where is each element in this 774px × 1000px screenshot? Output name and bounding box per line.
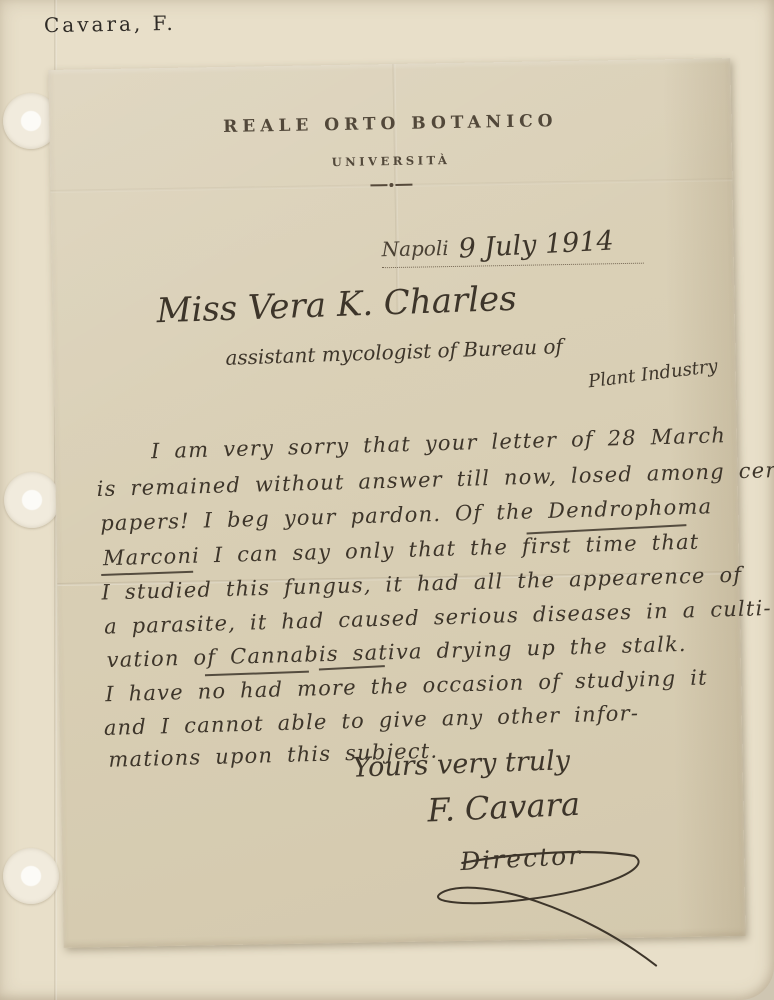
letter-fold-crease-vertical	[392, 64, 399, 314]
recipient-name: Miss Vera K. Charles	[156, 279, 517, 332]
ornament-right-rule	[395, 184, 412, 186]
body-line-4: Marconi I can say only that the first ti…	[103, 530, 700, 571]
dateline-date-handwritten: 9 July 1914	[458, 225, 615, 264]
punch-hole-bottom	[3, 848, 59, 904]
body-line-1: I am very sorry that your letter of 28 M…	[151, 423, 727, 463]
valediction: Yours very truly	[352, 745, 570, 784]
signature: F. Cavara	[427, 785, 581, 830]
signature-flourish	[392, 845, 694, 980]
letterhead-institution: REALE ORTO BOTANICO	[49, 108, 731, 140]
ornament-dot	[389, 183, 393, 187]
ornament-left-rule	[370, 184, 387, 186]
body-line-8: I have no had more the occasion of study…	[105, 665, 708, 706]
underline-marconi	[101, 571, 193, 576]
underline-cannabis	[205, 671, 309, 676]
letter-sheet: REALE ORTO BOTANICO UNIVERSITÀ Napoli 9 …	[48, 58, 745, 948]
body-line-5: I studied this fungus, it had all the ap…	[101, 563, 742, 605]
dateline-place: Napoli	[381, 236, 448, 261]
body-line-7: vation of Cannabis sativa drying up the …	[106, 632, 687, 672]
body-line-9: and I cannot able to give any other info…	[104, 701, 640, 740]
letterhead-ornament	[50, 177, 732, 193]
letterhead-university: UNIVERSITÀ	[50, 148, 732, 174]
body-line-3: papers! I beg your pardon. Of the Dendro…	[100, 494, 713, 535]
recipient-role-line1: assistant mycologist of Bureau of	[225, 334, 563, 370]
archive-label: Cavara, F.	[44, 11, 176, 37]
punch-hole-middle	[4, 472, 60, 528]
dateline: Napoli 9 July 1914	[381, 228, 644, 269]
recipient-role-line2: Plant Industry	[587, 356, 719, 393]
